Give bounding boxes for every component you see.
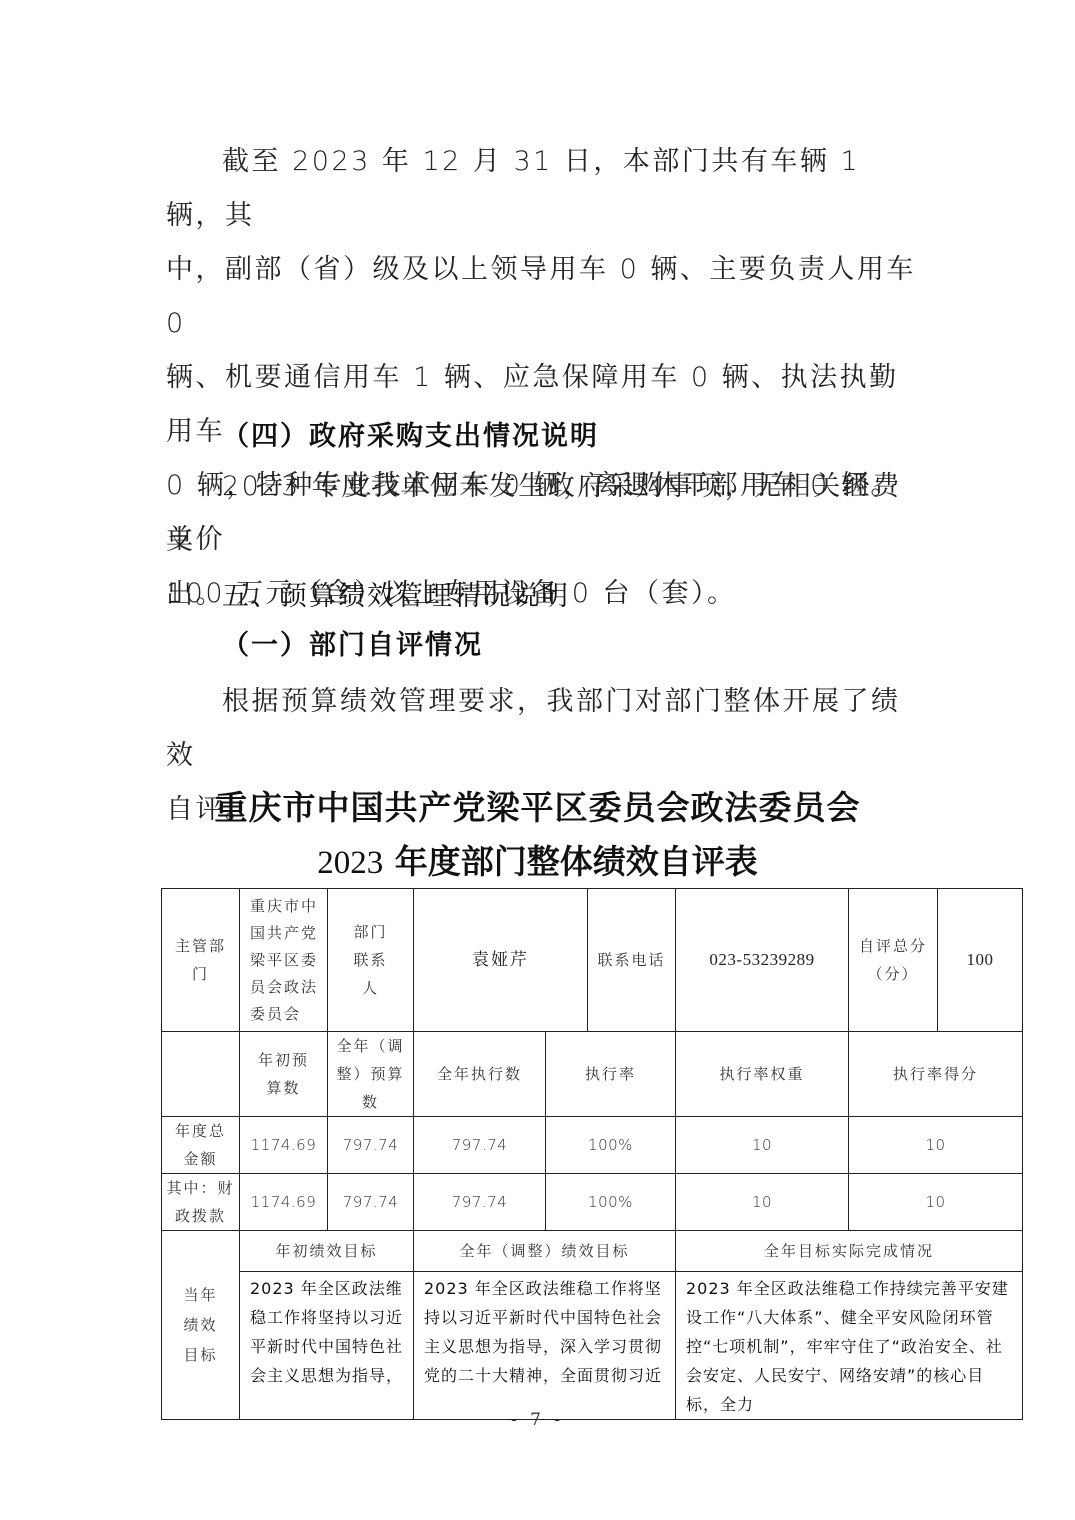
header-empty xyxy=(162,1032,240,1117)
goals-initial-header: 年初绩效目标 xyxy=(240,1231,414,1272)
row-label: 其中：财政拨款 xyxy=(162,1174,240,1231)
header-adjusted-budget: 全年（调整）预算数 xyxy=(328,1032,414,1117)
table-row: 其中：财政拨款 1174.69 797.74 797.74 100% 10 10 xyxy=(162,1174,1023,1231)
self-eval-heading: （一）部门自评情况 xyxy=(222,623,483,662)
table-row: 年度总金额 1174.69 797.74 797.74 100% 10 10 xyxy=(162,1117,1023,1174)
initial-budget-value: 1174.69 xyxy=(240,1174,328,1231)
adjusted-budget-value: 797.74 xyxy=(328,1117,414,1174)
procurement-heading: （四）政府采购支出情况说明 xyxy=(222,414,599,453)
rate-value: 100% xyxy=(546,1117,676,1174)
goals-actual-text: 2023 年全区政法维稳工作持续完善平安建设工作“八大体系”、健全平安风险闭环管… xyxy=(676,1272,1023,1420)
phone-label: 联系电话 xyxy=(588,889,676,1032)
goals-adjusted-header: 全年（调整）绩效目标 xyxy=(414,1231,676,1272)
page-number: - 7 - xyxy=(0,1410,1075,1430)
rate-value: 100% xyxy=(546,1174,676,1231)
table-row-goal-headers: 当年绩效目标 年初绩效目标 全年（调整）绩效目标 全年目标实际完成情况 xyxy=(162,1231,1023,1272)
score-label: 自评总分（分） xyxy=(849,889,938,1032)
dept-label: 主管部门 xyxy=(162,889,240,1032)
executed-value: 797.74 xyxy=(414,1174,546,1231)
goals-label: 当年绩效目标 xyxy=(162,1231,240,1420)
table-row-headers: 年初预算数 全年（调整）预算数 全年执行数 执行率 执行率权重 执行率得分 xyxy=(162,1032,1023,1117)
header-rate: 执行率 xyxy=(546,1032,676,1117)
weight-value: 10 xyxy=(676,1174,849,1231)
table-title-line-1: 重庆市中国共产党梁平区委员会政法委员会 xyxy=(0,782,1075,829)
header-initial-budget: 年初预算数 xyxy=(240,1032,328,1117)
header-rate-score: 执行率得分 xyxy=(849,1032,1023,1117)
weight-value: 10 xyxy=(676,1117,849,1174)
section5-heading: 五、预算绩效管理情况说明 xyxy=(222,574,570,613)
goals-initial-text: 2023 年全区政法维稳工作将坚持以习近平新时代中国特色社会主义思想为指导， xyxy=(240,1272,414,1420)
self-eval-line-1: 根据预算绩效管理要求，我部门对部门整体开展了绩效 xyxy=(166,675,926,783)
vehicles-line-2: 中，副部（省）级及以上领导用车 0 辆、主要负责人用车 0 xyxy=(166,243,926,351)
vehicles-line-1: 截至 2023 年 12 月 31 日，本部门共有车辆 1 辆，其 xyxy=(166,135,926,243)
table-title-line-2: 2023 年度部门整体绩效自评表 xyxy=(0,836,1075,883)
header-weight: 执行率权重 xyxy=(676,1032,849,1117)
row-label: 年度总金额 xyxy=(162,1117,240,1174)
performance-self-eval-table: 主管部门 重庆市中国共产党梁平区委员会政法委员会 部门联系人 袁娅芹 联系电话 … xyxy=(161,888,1023,1420)
table-row-goal-content: 2023 年全区政法维稳工作将坚持以习近平新时代中国特色社会主义思想为指导， 2… xyxy=(162,1272,1023,1420)
dept-value: 重庆市中国共产党梁平区委员会政法委员会 xyxy=(240,889,328,1032)
procurement-line-1: 2023 年度我单位未发生政府采购事项，无相关经费支 xyxy=(166,460,926,568)
adjusted-budget-value: 797.74 xyxy=(328,1174,414,1231)
executed-value: 797.74 xyxy=(414,1117,546,1174)
initial-budget-value: 1174.69 xyxy=(240,1117,328,1174)
contact-label: 部门联系人 xyxy=(328,889,414,1032)
rate-score-value: 10 xyxy=(849,1117,1023,1174)
goals-actual-header: 全年目标实际完成情况 xyxy=(676,1231,1023,1272)
table-row-dept-info: 主管部门 重庆市中国共产党梁平区委员会政法委员会 部门联系人 袁娅芹 联系电话 … xyxy=(162,889,1023,1032)
rate-score-value: 10 xyxy=(849,1174,1023,1231)
contact-value: 袁娅芹 xyxy=(414,889,588,1032)
goals-adjusted-text: 2023 年全区政法维稳工作将坚持以习近平新时代中国特色社会主义思想为指导，深入… xyxy=(414,1272,676,1420)
phone-value: 023-53239289 xyxy=(676,889,849,1032)
header-executed: 全年执行数 xyxy=(414,1032,546,1117)
score-value: 100 xyxy=(938,889,1023,1032)
